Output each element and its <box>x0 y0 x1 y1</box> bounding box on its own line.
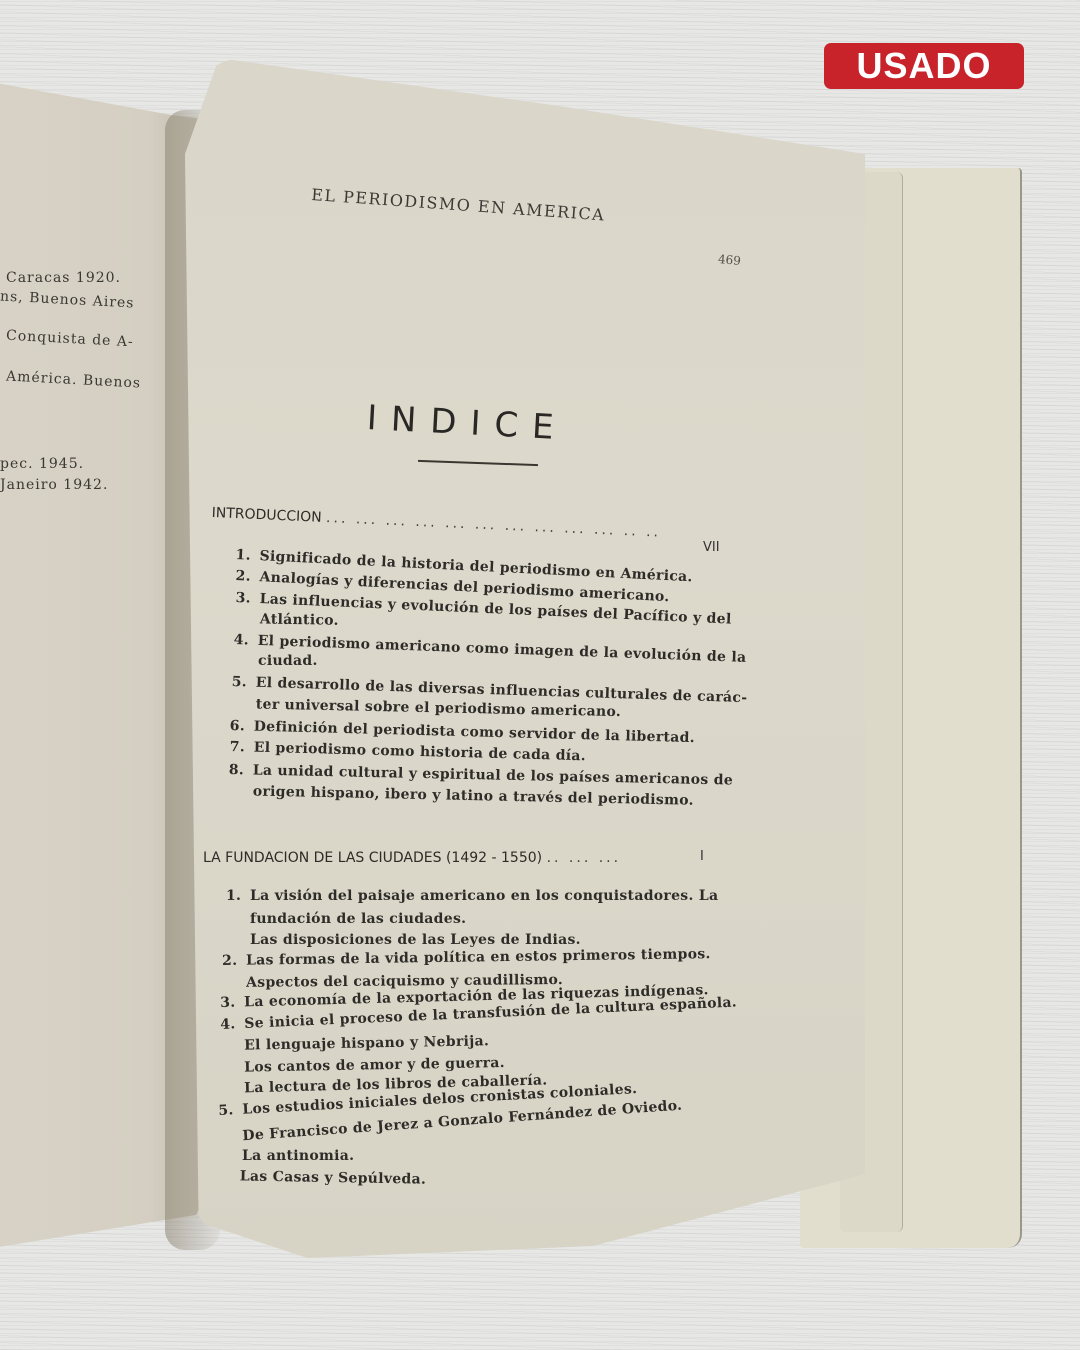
index-item: ciudad. <box>234 653 318 669</box>
section-heading: LA FUNDACION DE LAS CIUDADES (1492 - 155… <box>203 850 621 866</box>
page-number: 469 <box>717 252 741 268</box>
condition-badge: USADO <box>824 43 1024 89</box>
left-page-line: Janeiro 1942. <box>0 477 108 493</box>
left-page-line: Caracas 1920. <box>6 270 121 286</box>
index-item: Las disposiciones de las Leyes de Indias… <box>226 932 581 948</box>
index-item: La antinomia. <box>218 1148 354 1164</box>
section-page-ref: I <box>700 849 704 864</box>
section-page-ref: VII <box>703 540 720 555</box>
index-item: Atlántico. <box>236 611 339 629</box>
leader-dots: .. ... ... <box>547 850 622 866</box>
index-item: 1.La visión del paisaje americano en los… <box>226 888 718 904</box>
left-page-line: pec. 1945. <box>0 456 84 472</box>
section-heading-text: LA FUNDACION DE LAS CIUDADES (1492 - 155… <box>203 850 542 866</box>
index-item: fundación de las ciudades. <box>226 911 466 927</box>
